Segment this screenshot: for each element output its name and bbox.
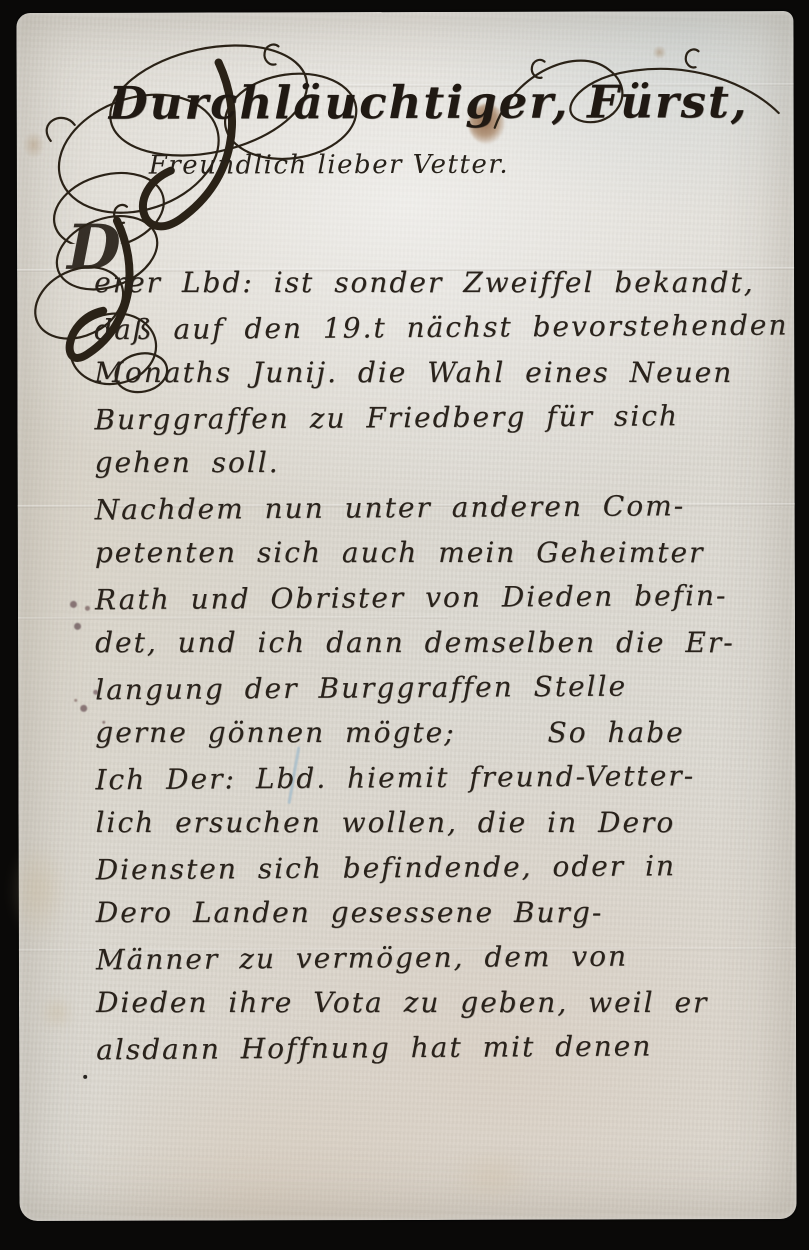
stain-speckles [70,601,77,608]
manuscript-line: Diensten sich befindende, oder in [96,843,786,893]
manuscript-line: Dero Landen gesessene Burg- [96,890,786,935]
age-stain [447,1150,537,1205]
manuscript-line: Nachdem nun unter anderen Com- [95,483,785,533]
letter-salutation: Freundlich lieber Vetter. [149,150,509,181]
manuscript-line: erer Lbd: ist sonder Zweiffel bekandt, [94,260,784,305]
manuscript-line: det, und ich dann demselben die Er- [95,620,785,665]
manuscript-line: Burggraffen zu Friedberg für sich [94,393,784,443]
manuscript-line: alsdann Hoffnung hat mit denen [96,1023,786,1073]
manuscript-line: gehen soll. [95,440,785,485]
letter-heading: Durchläuchtiger, Fürst, [109,75,749,130]
age-stain [9,841,67,941]
manuscript-line: petenten sich auch mein Geheimter [95,530,785,575]
manuscript-line: Ich Der: Lbd. hiemit freund-Vetter- [95,753,785,803]
line-right-part: So habe [548,716,685,749]
manuscript-line: daß auf den 19.t nächst bevorstehenden [94,303,784,353]
manuscript-line: gerne gönnen mögte; So habe [95,710,785,755]
letter-body: erer Lbd: ist sonder Zweiffel bekandt, d… [94,259,786,1071]
line-left-part: gerne gönnen mögte; [95,716,455,749]
manuscript-line: lich ersuchen wollen, die in Dero [96,800,786,845]
manuscript-line: Männer zu vermögen, dem von [96,933,786,983]
age-stain [39,995,75,1031]
manuscript-line: Rath und Obrister von Dieden befin- [95,573,785,623]
manuscript-page: Durchläuchtiger, Fürst, Freundlich liebe… [16,11,796,1221]
manuscript-line: langung der Burggraffen Stelle [95,663,785,713]
manuscript-line: Monaths Junij. die Wahl eines Neuen [94,350,784,395]
manuscript-line: Dieden ihre Vota zu geben, weil er [96,980,786,1025]
photo-background: Durchläuchtiger, Fürst, Freundlich liebe… [0,0,809,1250]
ink-dot [83,1075,87,1079]
